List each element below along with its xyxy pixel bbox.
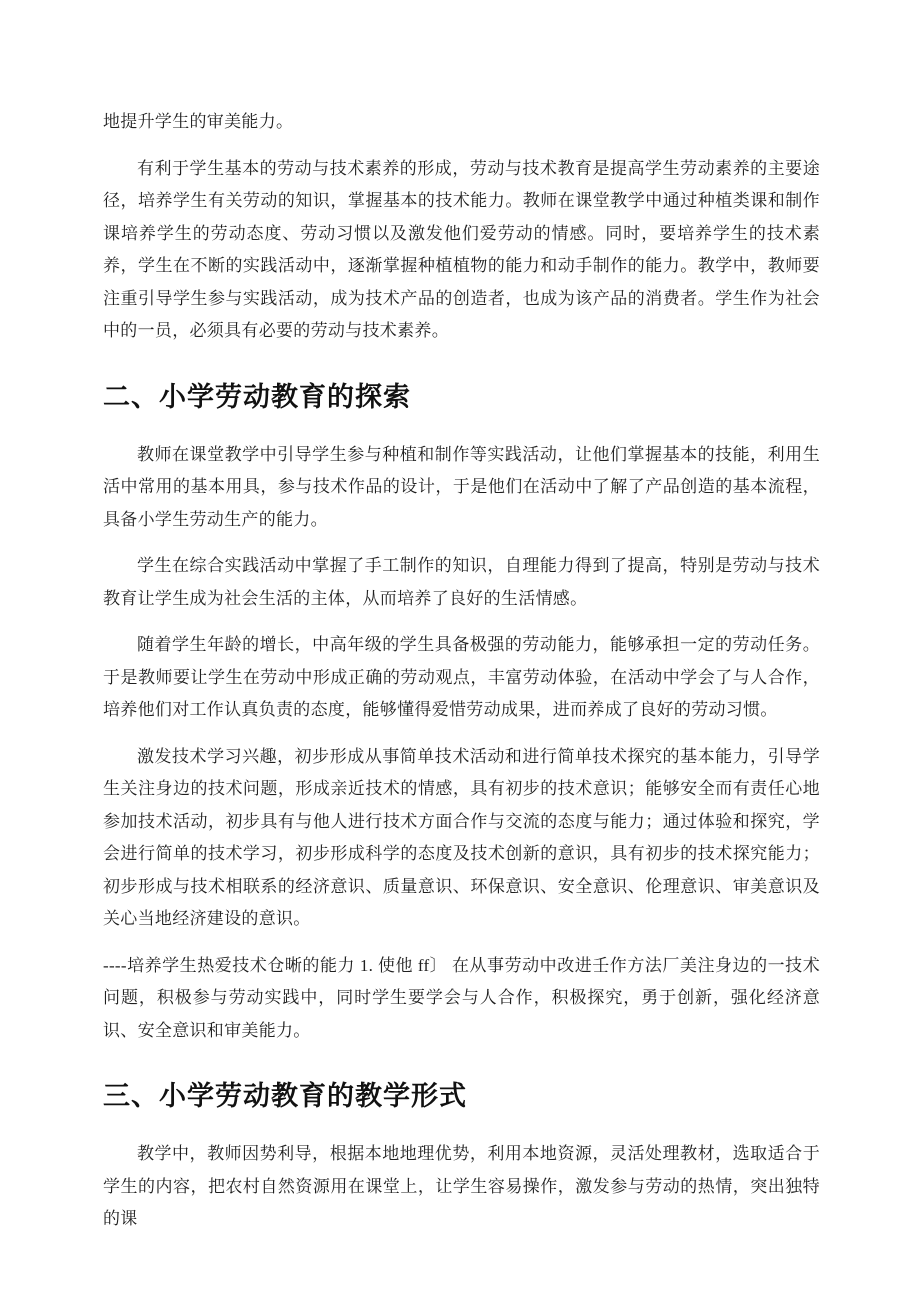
paragraph-dash-note: ----培养学生热爱技术仓晰的能力 1. 使他 ff〕 在从事劳动中改进壬作方法… (103, 950, 820, 1048)
paragraph-handcraft-knowledge: 学生在综合实践活动中掌握了手工制作的知识，自理能力得到了提高，特别是劳动与技术教… (103, 550, 820, 615)
document-body: 地提升学生的审美能力。 有利于学生基本的劳动与技术素养的形成，劳动与技术教育是提… (103, 106, 820, 1236)
paragraph-tech-interest: 激发技术学习兴趣，初步形成从事简单技术活动和进行简单技术探究的基本能力，引导学生… (103, 741, 820, 936)
paragraph-age-growth: 随着学生年龄的增长，中高年级的学生具备极强的劳动能力，能够承担一定的劳动任务。于… (103, 629, 820, 727)
paragraph-local-resources: 教学中，教师因势利导，根据本地地理优势，利用本地资源，灵活处理教材，选取适合于学… (103, 1138, 820, 1236)
paragraph-continuation: 地提升学生的审美能力。 (103, 106, 820, 139)
section-heading-2-exploration: 二、小学劳动教育的探索 (103, 379, 820, 415)
document-page: 地提升学生的审美能力。 有利于学生基本的劳动与技术素养的形成，劳动与技术教育是提… (0, 0, 920, 1301)
paragraph-labor-tech-literacy: 有利于学生基本的劳动与技术素养的形成，劳动与技术教育是提高学生劳动素养的主要途径… (103, 153, 820, 348)
section-heading-3-teaching-forms: 三、小学劳动教育的教学形式 (103, 1078, 820, 1114)
paragraph-classroom-practice: 教师在课堂教学中引导学生参与种植和制作等实践活动，让他们掌握基本的技能，利用生活… (103, 439, 820, 537)
